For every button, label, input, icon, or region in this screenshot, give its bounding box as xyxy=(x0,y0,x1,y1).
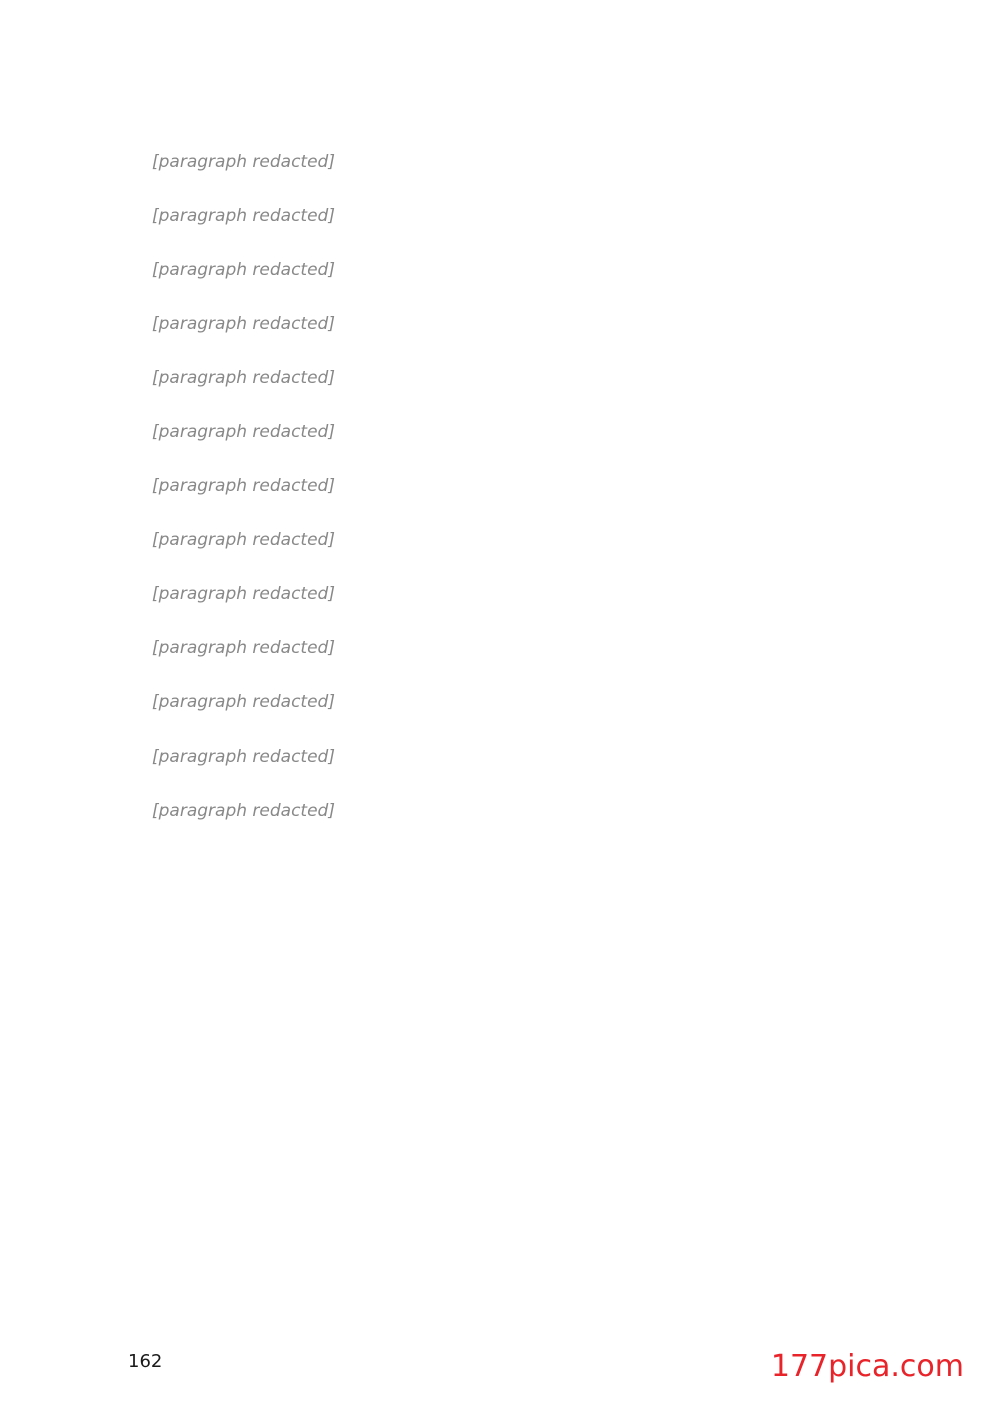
redacted-paragraph: [paragraph redacted] xyxy=(152,256,860,284)
document-page: [paragraph redacted][paragraph redacted]… xyxy=(0,0,1000,1414)
redacted-paragraph: [paragraph redacted] xyxy=(152,526,860,554)
page-number: 162 xyxy=(128,1351,162,1372)
redacted-paragraph: [paragraph redacted] xyxy=(152,364,860,392)
redacted-paragraph: [paragraph redacted] xyxy=(152,797,860,825)
site-watermark: 177pica.com xyxy=(771,1349,964,1384)
redacted-paragraph: [paragraph redacted] xyxy=(152,743,860,771)
redacted-paragraph: [paragraph redacted] xyxy=(152,580,860,608)
page-body: [paragraph redacted][paragraph redacted]… xyxy=(152,148,860,851)
redacted-paragraph: [paragraph redacted] xyxy=(152,310,860,338)
redacted-paragraph: [paragraph redacted] xyxy=(152,688,860,716)
redacted-paragraph: [paragraph redacted] xyxy=(152,148,860,176)
redacted-paragraph: [paragraph redacted] xyxy=(152,472,860,500)
redacted-paragraph: [paragraph redacted] xyxy=(152,202,860,230)
redacted-paragraph: [paragraph redacted] xyxy=(152,418,860,446)
redacted-paragraph: [paragraph redacted] xyxy=(152,634,860,662)
